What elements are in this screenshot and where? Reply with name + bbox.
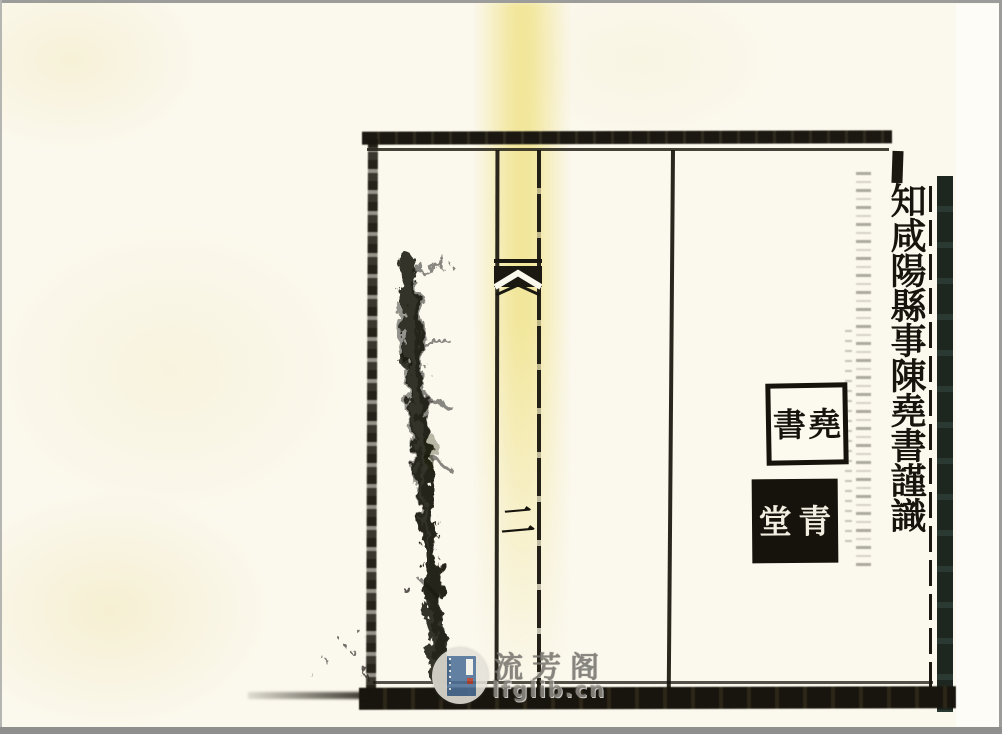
watermark-site-url: lfglib.cn: [492, 678, 606, 702]
column-rule-fold-right: [537, 150, 541, 688]
scan-edge-bottom: [0, 727, 1002, 734]
fold-stain: [474, 0, 570, 710]
frame-border-top-thick: [362, 130, 892, 144]
ink-smudge: [288, 245, 480, 707]
watermark: 流芳阁 lfglib.cn: [430, 645, 610, 709]
page-right-margin: [956, 4, 999, 727]
fishtail-mark: [494, 254, 542, 304]
frame-border-right-thick: [937, 176, 953, 712]
seal-char: 堯: [808, 407, 842, 441]
book-seal-dot: [467, 678, 473, 684]
inscription-text: 知咸陽縣事陳堯書謹識: [874, 182, 938, 564]
ink-speckle-strip: [856, 172, 871, 567]
scan-edge-top: [0, 0, 1002, 3]
book-title-label: [466, 659, 473, 675]
frame-corner-fragment: [891, 151, 903, 183]
scanned-book-page: 二 知咸陽縣事陳堯書謹識 堯 書 青 堂: [0, 0, 1002, 734]
watermark-logo: [432, 648, 488, 704]
frame-border-top-thin: [367, 148, 889, 151]
page-number: 二: [498, 502, 538, 541]
scan-edge-left: [0, 0, 2, 734]
seal-char: 堂: [759, 505, 792, 538]
seal-lower: 青 堂: [752, 479, 839, 564]
seal-char: 青: [798, 504, 831, 537]
column-rule-interior: [667, 150, 675, 688]
seal-char: 書: [773, 408, 807, 442]
book-stitching: [449, 658, 451, 694]
stitched-book-icon: [447, 656, 476, 696]
seal-upper: 堯 書: [765, 382, 848, 465]
